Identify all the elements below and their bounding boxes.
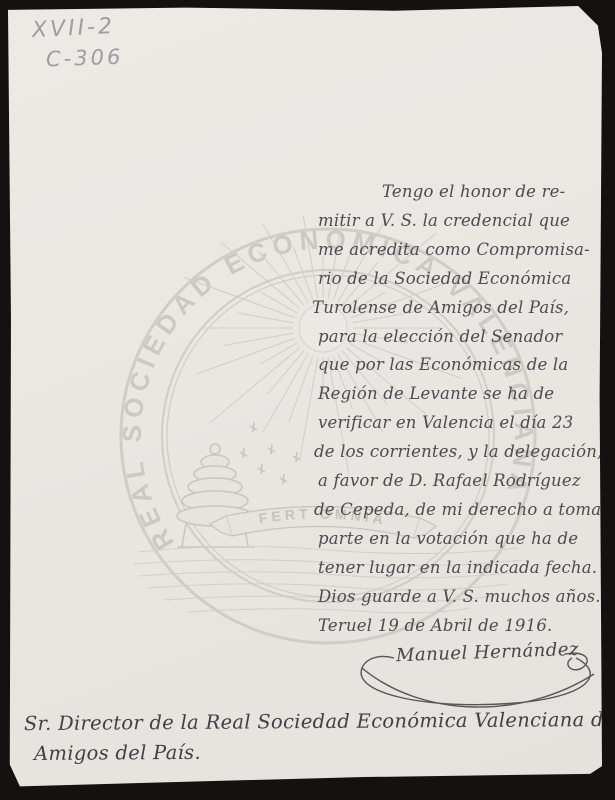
scan-frame: XVII-2 C-306 REAL SOCIEDAD ECONOMICA VAL… [0,0,615,800]
letter-line: Teruel 19 de Abril de 1916. [318,612,610,641]
letter-line: de Cepeda, de mi derecho a tomar [314,496,610,525]
letter-line: rio de la Sociedad Económica [318,265,610,294]
letter-line: Tengo el honor de re- [382,178,610,207]
bees-icons [240,422,300,484]
letter-line: que por las Económicas de la [318,351,610,380]
letter-line: para la elección del Senador [318,323,610,352]
letter-line: parte en la votación que ha de [318,525,610,554]
letter-body: Tengo el honor de re- mitir a V. S. la c… [318,178,610,641]
letter-line: mitir a V. S. la credencial que [318,207,610,236]
pencil-shelf-mark-2: C-306 [46,45,124,72]
letter-line: me acredita como Compromisa- [318,236,610,265]
letter-line: de los corrientes, y la delegación, [314,438,610,467]
letter-line: a favor de D. Rafael Rodríguez [318,467,610,496]
paper: XVII-2 C-306 REAL SOCIEDAD ECONOMICA VAL… [8,6,602,788]
address-line-1: Sr. Director de la Real Sociedad Económi… [24,708,615,735]
letter-line: tener lugar en la indicada fecha. [318,554,610,583]
letter-line: Región de Levante se ha de [318,380,610,409]
pencil-shelf-mark-1: XVII-2 [31,14,115,43]
letter-line: Turolense de Amigos del País, [312,294,610,323]
addressee-block: Sr. Director de la Real Sociedad Económi… [24,708,615,765]
letter-line: Dios guarde a V. S. muchos años. [318,583,610,612]
letter-line: verificar en Valencia el día 23 [318,409,610,438]
address-line-2: Amigos del País. [34,738,615,765]
